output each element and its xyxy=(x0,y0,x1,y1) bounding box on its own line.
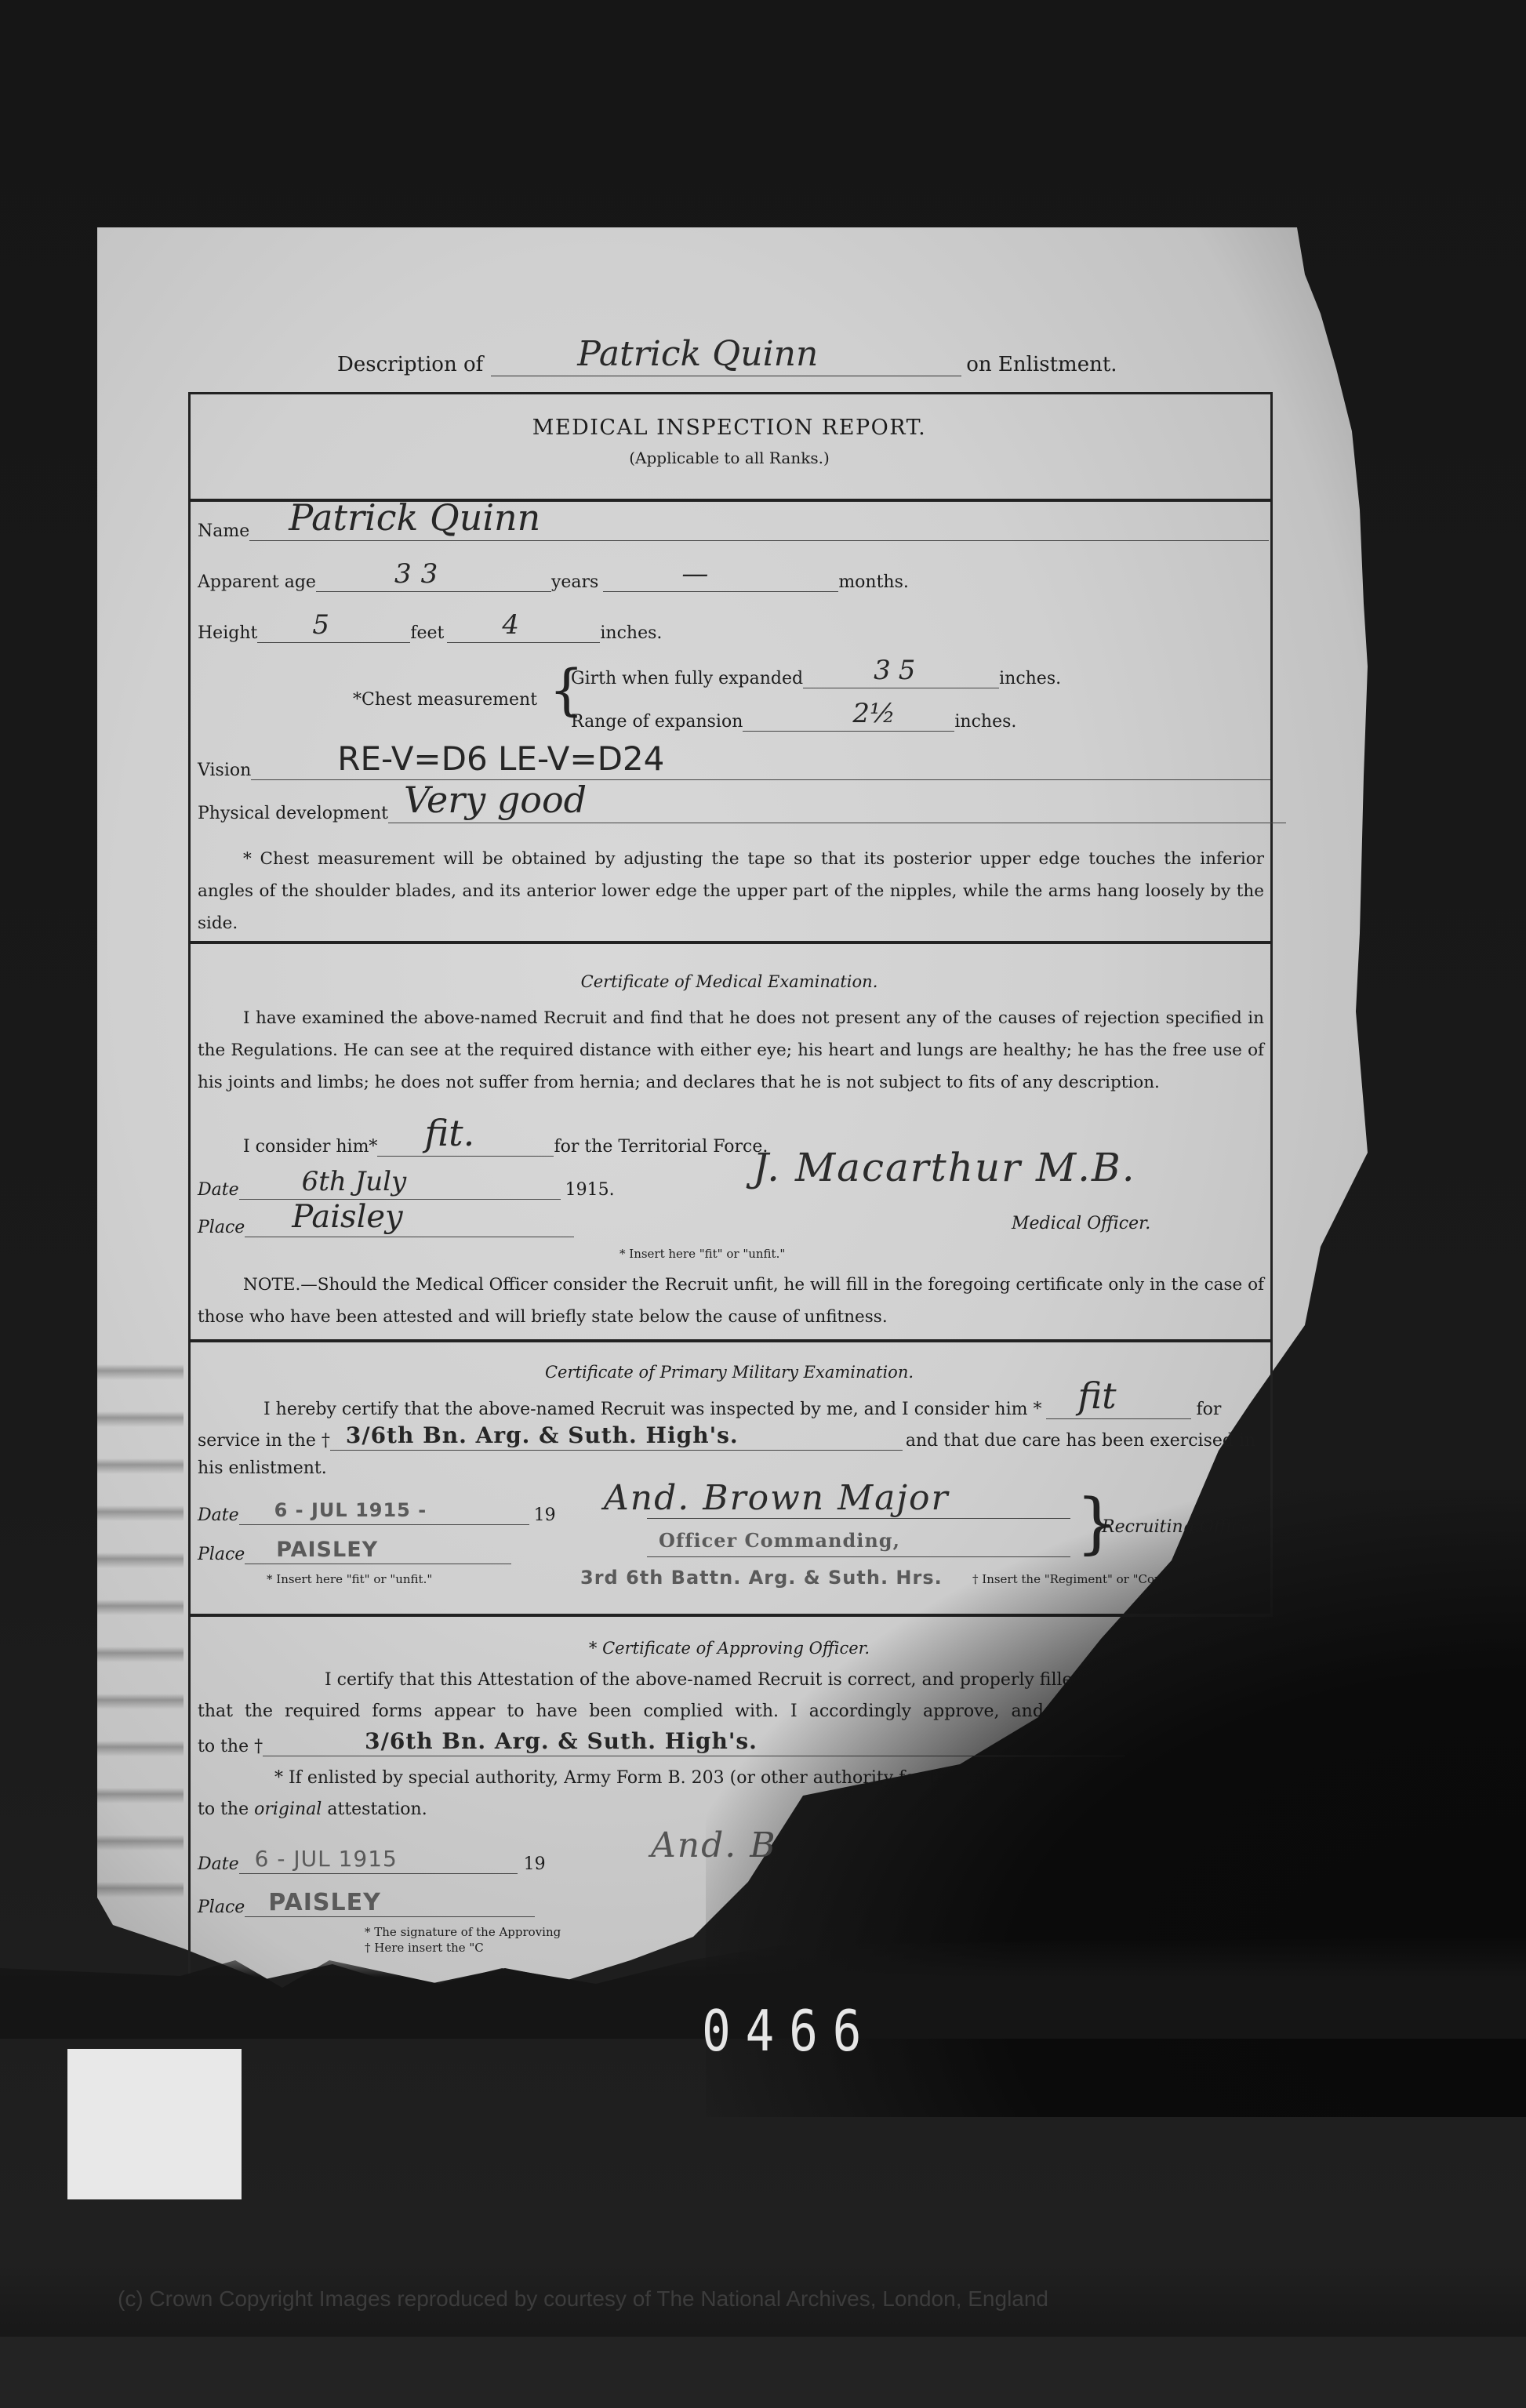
military-date-stamp: 6 - JUL 1915 - xyxy=(274,1499,427,1521)
approving-footnote-1-text: * The signature of the Approving xyxy=(365,1925,561,1939)
service-prefix: service in the † xyxy=(198,1431,330,1451)
military-line3: his enlistment. xyxy=(198,1458,327,1478)
approving-special-note-end: to the original attestation. xyxy=(198,1800,427,1819)
approving-to-prefix: to the † xyxy=(198,1737,263,1756)
military-insert-regiment-note: † Insert the "Regiment" or "Corps." xyxy=(972,1572,1183,1586)
medical-officer-label: Medical Officer. xyxy=(1012,1214,1150,1233)
girth-field: 35 xyxy=(803,665,999,688)
approving-to-value: 3/6th Bn. Arg. & Suth. High's. xyxy=(365,1728,758,1754)
military-insert-regiment-text: † Insert the "Regiment" or "Corps." xyxy=(972,1572,1183,1586)
medical-place-label: Place xyxy=(198,1218,245,1237)
special-note-end-suffix: attestation. xyxy=(327,1800,427,1819)
approving-year-label: 19 xyxy=(524,1854,546,1874)
approving-line1: I certify that this Attestation of the a… xyxy=(325,1670,1117,1690)
height-inches-value: 4 xyxy=(502,609,519,641)
chest-note: * Chest measurement will be obtained by … xyxy=(198,843,1264,939)
recruiting-officer-signature: And. Brown Major xyxy=(604,1478,950,1518)
approving-date-stamp: 6 - JUL 1915 xyxy=(255,1846,398,1872)
range-value: 2½ xyxy=(852,698,896,729)
feet-label: feet xyxy=(410,623,444,643)
approving-line1-text: I certify that this Attestation of the a… xyxy=(325,1670,1117,1690)
age-months-value: — xyxy=(681,558,708,590)
approving-line2: that the required forms appear to have b… xyxy=(198,1702,1044,1721)
girth-value: 35 xyxy=(874,655,923,686)
report-subtitle: (Applicable to all Ranks.) xyxy=(188,449,1270,467)
height-row: Height 5 feet 4 inches. xyxy=(198,619,662,643)
approving-to-field: 3/6th Bn. Arg. & Suth. High's. xyxy=(263,1733,1125,1756)
range-unit: inches. xyxy=(954,712,1016,732)
military-service-row: service in the † 3/6th Bn. Arg. & Suth. … xyxy=(198,1427,1255,1451)
recruiting-officer-label: Recruiting Officer. xyxy=(1102,1517,1263,1537)
medical-place-value: Paisley xyxy=(292,1199,402,1235)
range-row: Range of expansion 2½ inches. xyxy=(571,708,1016,732)
margin-stains xyxy=(97,1333,183,1929)
description-line: Description of Patrick Quinn on Enlistme… xyxy=(337,329,1137,376)
consider-prefix: I consider him* xyxy=(243,1137,377,1157)
service-field: 3/6th Bn. Arg. & Suth. High's. xyxy=(330,1427,903,1451)
approving-date-label: Date xyxy=(198,1854,239,1874)
copyright-notice: (c) Crown Copyright Images reproduced by… xyxy=(118,2286,1048,2312)
consider-suffix: for the Territorial Force. xyxy=(554,1137,768,1157)
height-feet-value: 5 xyxy=(312,609,329,641)
section-divider xyxy=(188,1614,1273,1617)
height-label: Height xyxy=(198,623,257,643)
special-note-end-prefix: to the xyxy=(198,1800,249,1819)
approving-officer-signature: And. B xyxy=(651,1825,777,1865)
height-feet-field: 5 xyxy=(257,619,410,643)
approving-footnote-2: † Here insert the "C xyxy=(365,1941,484,1955)
military-insert-fit-text: * Insert here "fit" or "unfit." xyxy=(267,1572,432,1586)
description-name-value: Patrick Quinn xyxy=(577,334,818,374)
medical-insert-note-text: * Insert here "fit" or "unfit." xyxy=(619,1247,785,1261)
military-place-field: PAISLEY xyxy=(245,1541,511,1564)
approving-date-field: 6 - JUL 1915 xyxy=(239,1850,518,1874)
medical-date-field: 6th July xyxy=(239,1176,561,1200)
girth-row: Girth when fully expanded 35 inches. xyxy=(571,665,1061,688)
military-year-label: 19 xyxy=(534,1505,556,1525)
age-years-value: 33 xyxy=(394,558,447,590)
approving-special-note-text: * If enlisted by special authority, Army… xyxy=(274,1768,1055,1788)
vision-row: Vision RE-V=D6 LE-V=D24 xyxy=(198,757,1270,780)
military-place-label: Place xyxy=(198,1545,245,1564)
approving-line2-text: that the required forms appear to have b… xyxy=(198,1702,1044,1721)
approving-footnote-2-text: † Here insert the "C xyxy=(365,1941,484,1955)
military-line1-suffix: for xyxy=(1196,1400,1221,1419)
age-row: Apparent age 33 years — months. xyxy=(198,568,909,592)
military-fit-field: fit xyxy=(1046,1396,1191,1419)
medical-insert-note: * Insert here "fit" or "unfit." xyxy=(619,1247,785,1261)
report-title: MEDICAL INSPECTION REPORT. xyxy=(188,416,1270,440)
approving-place-row: Place PAISLEY xyxy=(198,1894,535,1917)
chest-measurement-label: *Chest measurement xyxy=(353,690,537,710)
film-lower-band xyxy=(0,2337,1526,2408)
inches-label: inches. xyxy=(600,623,662,643)
age-years-field: 33 xyxy=(316,568,551,592)
military-line1: I hereby certify that the above-named Re… xyxy=(263,1396,1221,1419)
military-fit-value: fit xyxy=(1077,1375,1116,1417)
service-value: 3/6th Bn. Arg. & Suth. High's. xyxy=(346,1422,739,1448)
medical-cert-heading: Certificate of Medical Examination. xyxy=(188,972,1270,991)
approving-to-row: to the † 3/6th Bn. Arg. & Suth. High's. xyxy=(198,1733,1125,1756)
unit-stamp: 3rd 6th Battn. Arg. & Suth. Hrs. xyxy=(580,1567,943,1589)
description-suffix: on Enlistment. xyxy=(966,353,1117,376)
age-months-field: — xyxy=(603,568,838,592)
vision-value: RE-V=D6 LE-V=D24 xyxy=(337,739,664,778)
military-insert-fit-note: * Insert here "fit" or "unfit." xyxy=(267,1572,432,1586)
name-field: Patrick Quinn xyxy=(249,518,1269,541)
military-date-label: Date xyxy=(198,1505,239,1525)
form-box-right-border xyxy=(1270,392,1273,1615)
range-field: 2½ xyxy=(743,708,954,732)
vision-field: RE-V=D6 LE-V=D24 xyxy=(251,757,1270,780)
officer-commanding-stamp: Officer Commanding, xyxy=(659,1529,900,1552)
medical-officer-text: Medical Officer. xyxy=(1012,1214,1150,1233)
medical-date-value: 6th July xyxy=(302,1166,407,1197)
medical-officer-signature: J. Macarthur M.B. xyxy=(753,1145,1136,1190)
description-prefix: Description of xyxy=(337,353,483,376)
special-note-end-italic: original xyxy=(254,1800,322,1819)
girth-label: Girth when fully expanded xyxy=(571,669,803,688)
military-place-stamp: PAISLEY xyxy=(276,1538,378,1562)
approving-place-field: PAISLEY xyxy=(245,1894,535,1917)
military-place-row: Place PAISLEY xyxy=(198,1541,511,1564)
name-row: Name Patrick Quinn xyxy=(198,518,1269,541)
medical-cert-body: I have examined the above-named Recruit … xyxy=(198,1002,1264,1099)
height-inches-field: 4 xyxy=(447,619,600,643)
chest-label-row: *Chest measurement xyxy=(353,690,537,710)
description-name-field: Patrick Quinn xyxy=(491,345,961,376)
physical-field: Very good xyxy=(388,800,1286,823)
signature-line-2 xyxy=(647,1556,1070,1557)
section-divider xyxy=(188,941,1273,944)
medical-year: 1915. xyxy=(565,1180,615,1200)
approving-place-stamp: PAISLEY xyxy=(268,1889,381,1916)
physical-label: Physical development xyxy=(198,804,388,823)
vision-label: Vision xyxy=(198,761,251,780)
approving-special-note: * If enlisted by special authority, Army… xyxy=(274,1768,1055,1788)
signature-line xyxy=(647,1518,1070,1519)
approving-footnote-1: * The signature of the Approving xyxy=(365,1925,561,1939)
approving-place-label: Place xyxy=(198,1898,245,1917)
white-card xyxy=(67,2049,242,2199)
name-label: Name xyxy=(198,521,249,541)
approving-cert-heading: * Certificate of Approving Officer. xyxy=(188,1639,1270,1658)
section-divider xyxy=(188,1339,1273,1342)
girth-unit: inches. xyxy=(999,669,1061,688)
service-suffix: and that due care has been exercised in xyxy=(906,1431,1255,1451)
medical-place-row: Place Paisley xyxy=(198,1214,574,1237)
age-label: Apparent age xyxy=(198,572,316,592)
years-label: years xyxy=(551,572,598,592)
approving-date-row: Date 6 - JUL 1915 19 xyxy=(198,1850,546,1874)
physical-row: Physical development Very good xyxy=(198,800,1286,823)
military-line3-text: his enlistment. xyxy=(198,1458,327,1478)
medical-place-field: Paisley xyxy=(245,1214,574,1237)
months-label: months. xyxy=(838,572,909,592)
range-label: Range of expansion xyxy=(571,712,743,732)
military-line1-prefix: I hereby certify that the above-named Re… xyxy=(263,1400,1041,1419)
medical-date-row: Date 6th July 1915. xyxy=(198,1176,615,1200)
consider-value: fit. xyxy=(424,1112,474,1154)
physical-value: Very good xyxy=(404,779,587,821)
military-date-row: Date 6 - JUL 1915 - 19 xyxy=(198,1502,556,1525)
consider-row: I consider him* fit. for the Territorial… xyxy=(243,1133,768,1157)
consider-field: fit. xyxy=(377,1133,554,1157)
frame-number: 0466 xyxy=(702,1998,876,2064)
medical-date-label: Date xyxy=(198,1180,239,1200)
recruiting-officer-text: Recruiting Officer. xyxy=(1102,1517,1263,1537)
military-date-field: 6 - JUL 1915 - xyxy=(239,1502,529,1525)
name-value: Patrick Quinn xyxy=(289,496,540,539)
medical-note: NOTE.—Should the Medical Officer conside… xyxy=(198,1269,1264,1333)
